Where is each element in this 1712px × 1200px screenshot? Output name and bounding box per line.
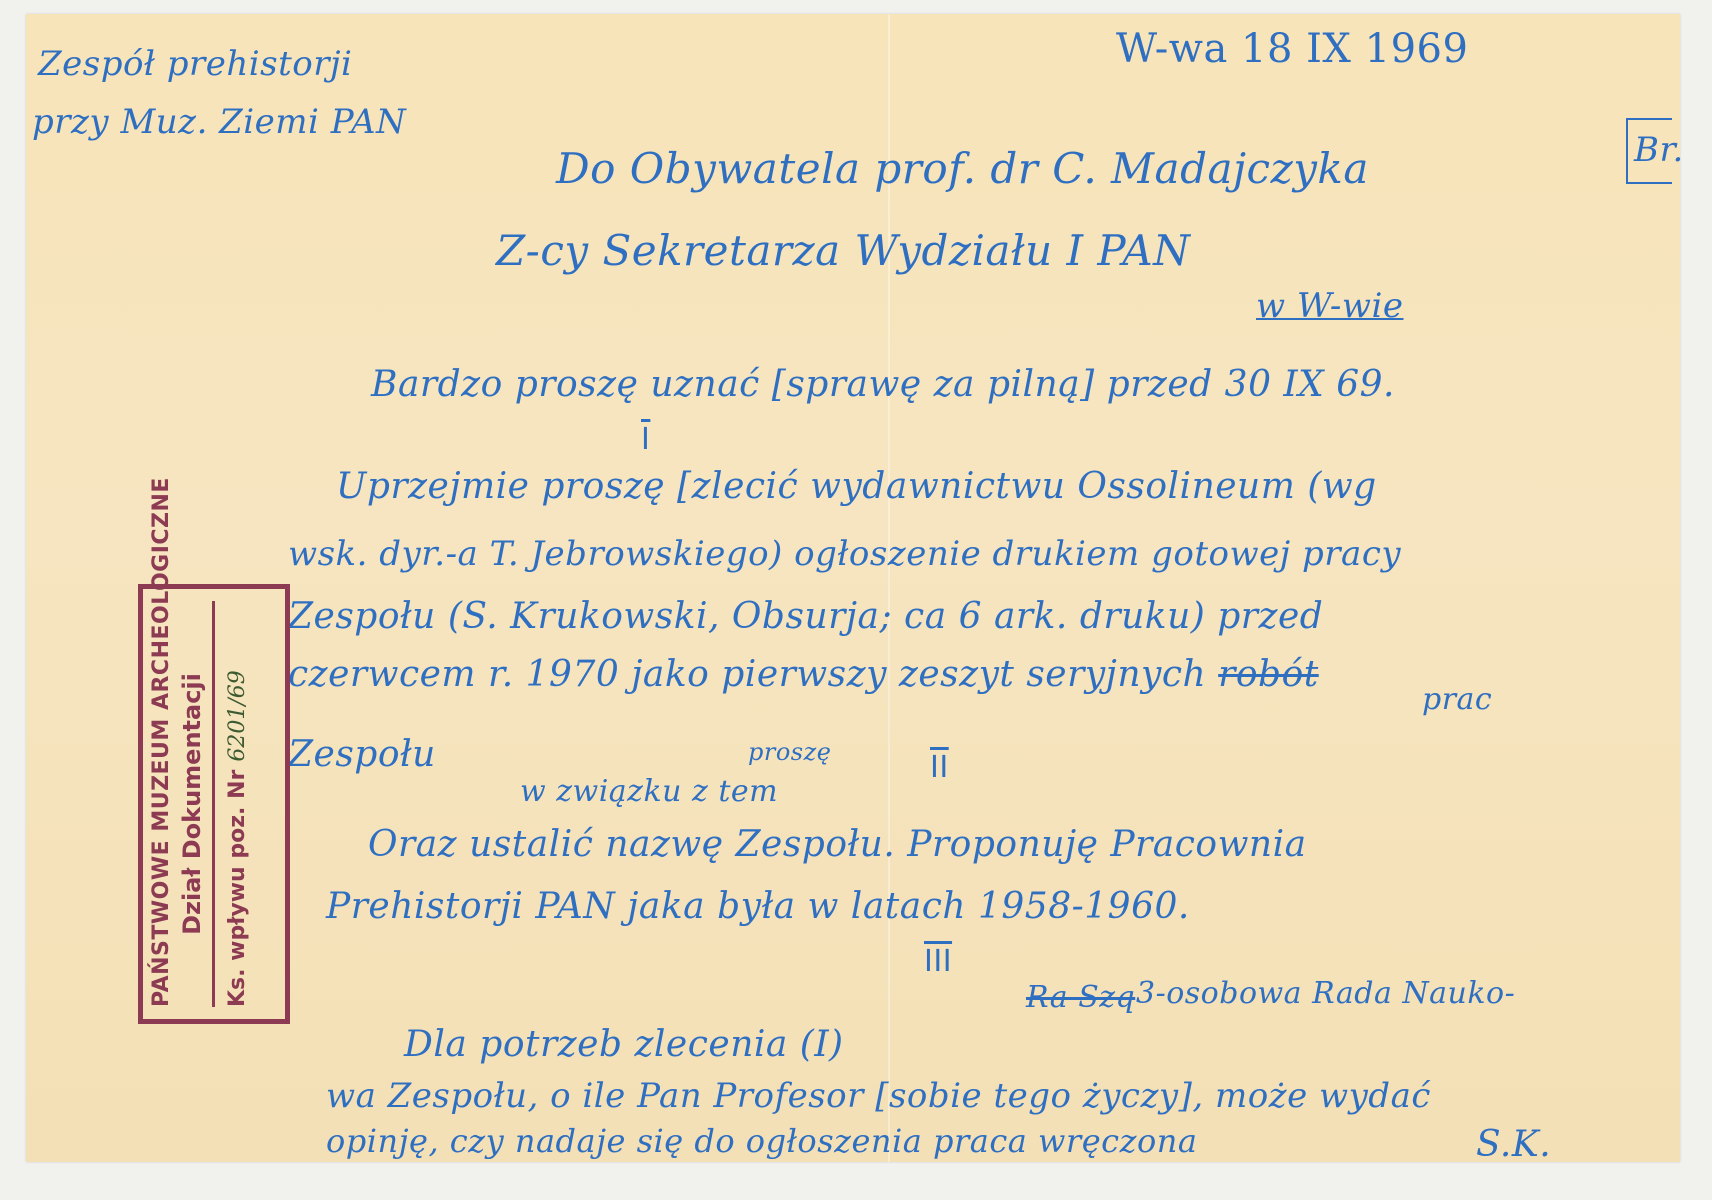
insert-text: w związku z tem [520,774,778,809]
p3-line-2: wa Zespołu, o ile Pan Profesor [sobie te… [326,1076,1431,1116]
section-ii-numeral: II [930,750,949,785]
section-i-numeral: I [641,422,650,457]
section-iii-numeral: III [924,944,952,979]
p3-line-1: Dla potrzeb zlecenia (I) [404,1024,844,1065]
corner-mark: Br. [1634,130,1684,170]
p1-line-4: czerwcem r. 1970 jako pierwszy zeszyt se… [288,654,1319,695]
sender-line-2: przy Muz. Ziemi PAN [32,102,406,142]
stamp-registry-line: Ks. wpływu poz. Nr6201/69 [225,601,250,1007]
letter-paper: Zespół prehistorji przy Muz. Ziemi PAN W… [26,14,1680,1162]
p3-line-1-above: 3-osobowa Rada Nauko- [1136,976,1515,1011]
address-line-2: Z-cy Sekretarza Wydziału I PAN [496,226,1190,275]
address-line-3: w W-wie [1256,286,1403,326]
address-line-1: Do Obywatela prof. dr C. Madajczyka [556,144,1369,193]
p1-line-5: Zespołu [288,734,436,775]
archive-stamp: PAŃSTWOWE MUZEUM ARCHEOLOGICZNE Dział Do… [138,584,290,1024]
p1-line-4-text: czerwcem r. 1970 jako pierwszy zeszyt se… [288,654,1206,695]
stamp-institution: PAŃSTWOWE MUZEUM ARCHEOLOGICZNE [149,601,174,1007]
letter-date: W-wa 18 IX 1969 [1116,26,1468,72]
struck-abbrev: Ra Szq [1026,980,1135,1015]
p2-line-2: Prehistorji PAN jaka była w latach 1958-… [326,886,1190,927]
stamp-department: Dział Dokumentacji [178,601,215,1007]
urgent-request: Bardzo proszę uznać [sprawę za pilną] pr… [371,364,1395,405]
p1-line-1: Uprzejmie proszę [zlecić wydawnictwu Oss… [336,466,1377,507]
signature: S.K. [1476,1124,1551,1165]
correction-word: prac [1422,682,1492,717]
struck-word: robót [1218,654,1319,695]
p3-line-3: opinję, czy nadaje się do ogłoszenia pra… [326,1122,1197,1160]
insert-above: proszę [748,738,831,766]
stamp-registry-number: 6201/69 [225,670,250,761]
stamp-registry-label: Ks. wpływu poz. Nr [225,770,250,1007]
p1-line-2: wsk. dyr.-a T. Jebrowskiego) ogłoszenie … [288,534,1401,574]
p1-line-3: Zespołu (S. Krukowski, Obsurja; ca 6 ark… [288,596,1323,637]
sender-line-1: Zespół prehistorji [38,44,352,84]
p2-line-1: Oraz ustalić nazwę Zespołu. Proponuję Pr… [368,824,1307,865]
